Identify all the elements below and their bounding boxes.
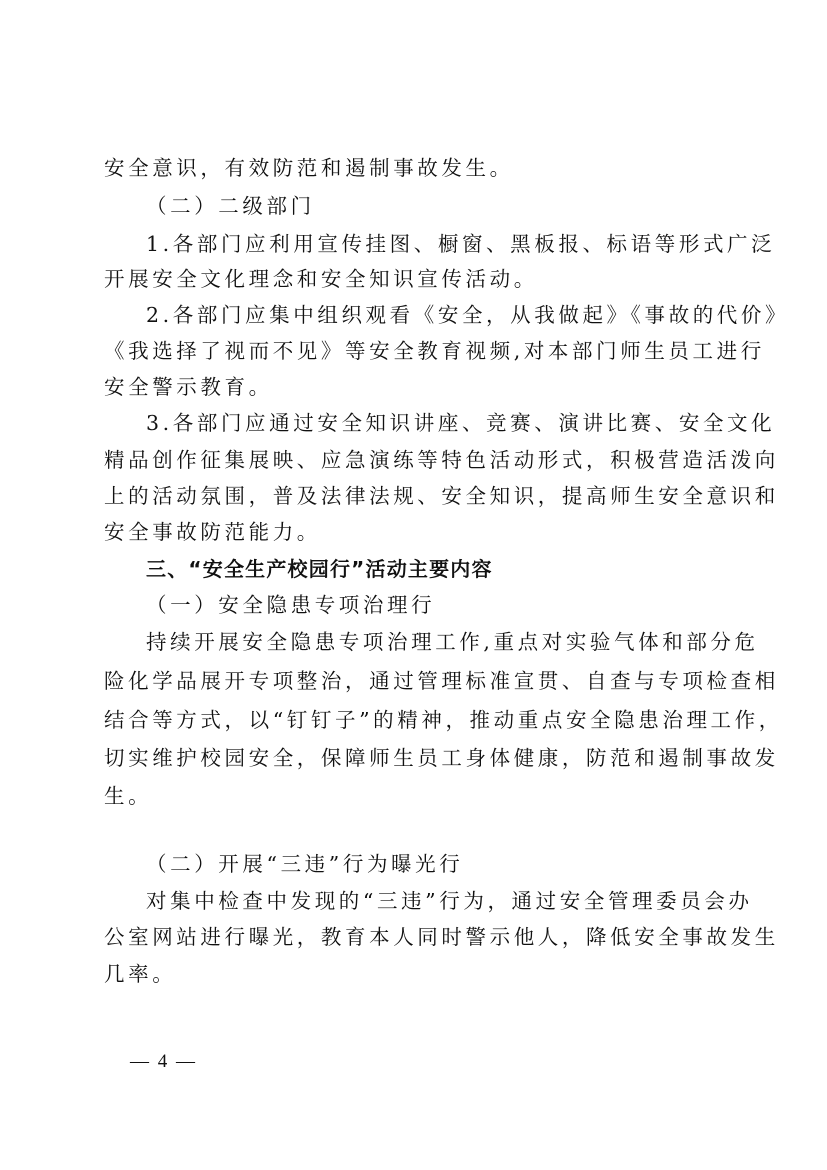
list-item-1-line: 1.各部门应利用宣传挂图、橱窗、黑板报、标语等形式广泛: [146, 232, 775, 256]
paragraph-line: 持续开展安全隐患专项治理工作,重点对实验气体和部分危: [146, 630, 759, 654]
page-number: — 4 —: [130, 1050, 197, 1074]
list-item-2-line: 2.各部门应集中组织观看《安全，从我做起》《事故的代价》: [146, 303, 789, 327]
subheading-secondary-departments: （二）二级部门: [146, 194, 315, 218]
paragraph-line: 切实维护校园安全，保障师生员工身体健康，防范和遏制事故发: [104, 746, 779, 770]
paragraph-line: 几率。: [104, 962, 176, 986]
section-heading-main-content: 三、“安全生产校园行”活动主要内容: [146, 557, 493, 581]
subheading-hazard-governance: （一）安全隐患专项治理行: [146, 593, 435, 617]
paragraph-line: 安全意识，有效防范和遏制事故发生。: [104, 156, 514, 180]
list-item-2-line: 安全警示教育。: [104, 375, 273, 399]
paragraph-line: 公室网站进行曝光，教育本人同时警示他人，降低安全事故发生: [104, 925, 779, 949]
list-item-2-line: 《我选择了视而不见》等安全教育视频,对本部门师生员工进行: [104, 339, 765, 363]
paragraph-line: 生。: [104, 784, 152, 808]
paragraph-line: 结合等方式，以“钉钉子”的精神，推动重点安全隐患治理工作，: [104, 708, 783, 732]
list-item-3-line: 上的活动氛围，普及法律法规、安全知识，提高师生安全意识和: [104, 484, 779, 508]
paragraph-line: 对集中检查中发现的“三违”行为，通过安全管理委员会办: [146, 889, 753, 913]
list-item-1-line: 开展安全文化理念和安全知识宣传活动。: [104, 267, 538, 291]
subheading-violation-exposure: （二）开展“三违”行为曝光行: [146, 852, 463, 876]
list-item-3-line: 安全事故防范能力。: [104, 520, 321, 544]
paragraph-line: 险化学品展开专项整治，通过管理标准宣贯、自查与专项检查相: [104, 669, 779, 693]
list-item-3-line: 精品创作征集展映、应急演练等特色活动形式，积极营造活泼向: [104, 448, 779, 472]
document-page: 安全意识，有效防范和遏制事故发生。 （二）二级部门 1.各部门应利用宣传挂图、橱…: [0, 0, 827, 1170]
list-item-3-line: 3.各部门应通过安全知识讲座、竞赛、演讲比赛、安全文化: [146, 411, 775, 435]
